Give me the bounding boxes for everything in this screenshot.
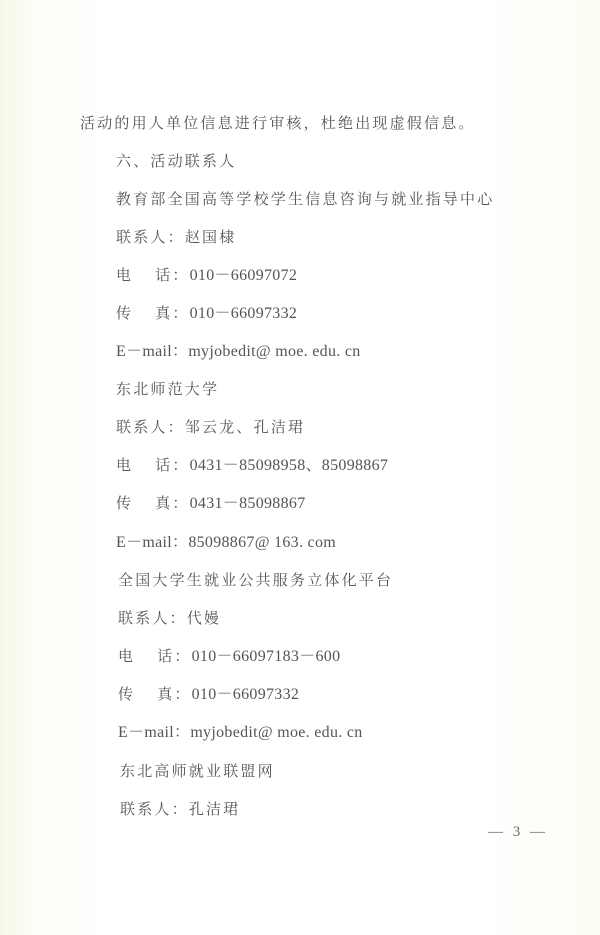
email-label: E－mail： (116, 343, 188, 360)
fax-label-char2: 真： (155, 494, 189, 512)
phone-value: 0431－85098958、85098867 (190, 457, 389, 474)
contact-label: 联系人： (116, 228, 185, 246)
fax-label-char1: 传 (116, 304, 133, 322)
contact-label: 联系人： (116, 418, 185, 436)
phone-label-char1: 电 (116, 266, 133, 284)
contact-name: 代嫚 (187, 609, 221, 627)
phone-label-char2: 话： (155, 266, 189, 284)
phone-label-char2: 话： (155, 456, 189, 474)
fax-label-char2: 真： (155, 304, 189, 322)
contact-name: 赵国棣 (185, 228, 237, 246)
fax-line: 传真：0431－85098867 (116, 493, 306, 514)
section-heading: 六、活动联系人 (116, 151, 236, 171)
fax-label-char1: 传 (116, 494, 133, 512)
email-line: E－mail：myjobedit@ moe. edu. cn (116, 341, 361, 362)
fax-label-char2: 真： (157, 685, 191, 703)
contact-person-line: 联系人：赵国棣 (116, 227, 236, 247)
contact-person-line: 联系人：邹云龙、孔洁珺 (116, 417, 305, 437)
phone-value: 010－66097183－600 (192, 648, 341, 665)
document-page: 活动的用人单位信息进行审核，杜绝出现虚假信息。 六、活动联系人 教育部全国高等学… (0, 0, 600, 935)
organization-name: 全国大学生就业公共服务立体化平台 (118, 570, 393, 590)
phone-label-char2: 话： (157, 647, 191, 665)
contact-name: 孔洁珺 (189, 800, 241, 818)
fax-value: 0431－85098867 (190, 495, 306, 512)
continuation-text: 活动的用人单位信息进行审核，杜绝出现虚假信息。 (80, 113, 476, 133)
contact-person-line: 联系人：孔洁珺 (120, 799, 240, 819)
organization-name: 教育部全国高等学校学生信息咨询与就业指导中心 (116, 189, 494, 209)
phone-line: 电话：010－66097183－600 (118, 646, 340, 667)
email-label: E－mail： (118, 724, 190, 741)
fax-label-char1: 传 (118, 685, 135, 703)
contact-label: 联系人： (118, 609, 187, 627)
phone-value: 010－66097072 (190, 267, 298, 284)
page-number: — 3 — (488, 824, 548, 841)
phone-label-char1: 电 (116, 456, 133, 474)
email-label: E－mail： (116, 534, 188, 551)
fax-value: 010－66097332 (190, 305, 298, 322)
phone-label-char1: 电 (118, 647, 135, 665)
email-value: 85098867@ 163. com (188, 534, 336, 551)
contact-name: 邹云龙、孔洁珺 (185, 418, 305, 436)
contact-person-line: 联系人：代嫚 (118, 608, 221, 628)
phone-line: 电话：0431－85098958、85098867 (116, 455, 388, 476)
fax-value: 010－66097332 (192, 686, 300, 703)
fax-line: 传真：010－66097332 (118, 684, 299, 705)
fax-line: 传真：010－66097332 (116, 303, 297, 324)
phone-line: 电话：010－66097072 (116, 265, 297, 286)
contact-label: 联系人： (120, 800, 189, 818)
email-line: E－mail：85098867@ 163. com (116, 532, 336, 553)
email-line: E－mail：myjobedit@ moe. edu. cn (118, 722, 363, 743)
email-value: myjobedit@ moe. edu. cn (190, 724, 362, 741)
organization-name: 东北师范大学 (116, 379, 219, 399)
organization-name: 东北高师就业联盟网 (120, 761, 275, 781)
email-value: myjobedit@ moe. edu. cn (188, 343, 360, 360)
